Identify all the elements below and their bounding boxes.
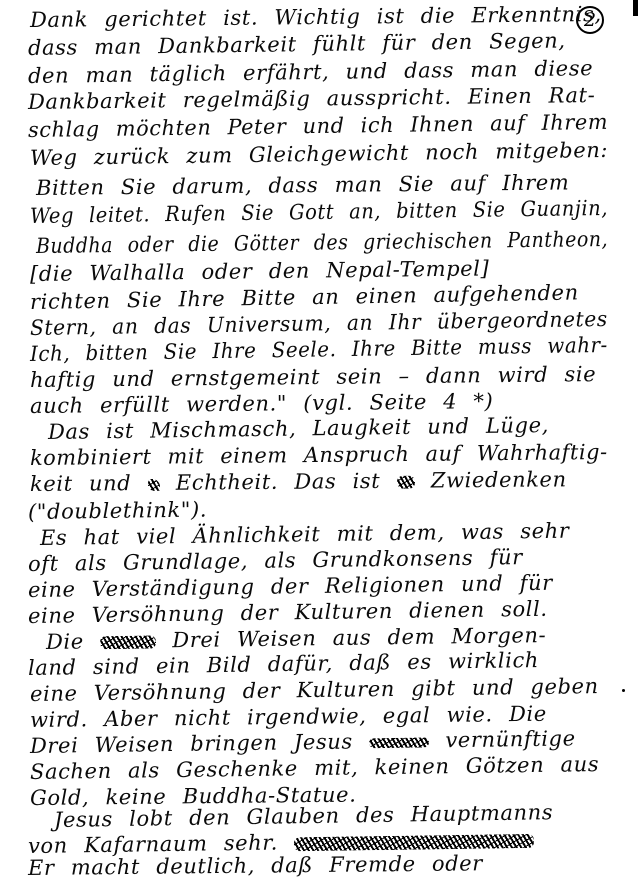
text-line: auch erfüllt werden." (vgl. Seite 4 *) bbox=[30, 389, 494, 418]
text-line: Bitten Sie darum, dass man Sie auf Ihrem bbox=[36, 170, 570, 200]
crossed-out-word bbox=[397, 476, 415, 489]
text-line: Sachen als Geschenke mit, keinen Götzen … bbox=[30, 752, 599, 784]
scan-edge-mark bbox=[633, 0, 638, 16]
text-line: Das ist Mischmasch, Laugkeit und Lüge, bbox=[48, 413, 549, 444]
crossed-out-word bbox=[369, 737, 429, 748]
text-line: Buddha oder die Götter des griechischen … bbox=[36, 227, 608, 258]
text-segment: keit und bbox=[30, 471, 131, 496]
crossed-out-mark bbox=[148, 478, 160, 490]
margin-dot bbox=[622, 689, 625, 692]
text-line: Weg leitet. Rufen Sie Gott an, bitten Si… bbox=[30, 196, 608, 228]
text-line: schlag möchten Peter und ich Ihnen auf I… bbox=[28, 110, 608, 142]
text-line: ("doublethink"). bbox=[28, 498, 207, 524]
text-line: kombiniert mit einem Anspruch auf Wahrha… bbox=[30, 440, 608, 470]
text-line: Dankbarkeit regelmäßig ausspricht. Einen… bbox=[28, 83, 596, 114]
text-segment: Echtheit. Das ist bbox=[176, 469, 381, 495]
text-line: Er macht deutlich, daß Fremde oder bbox=[28, 851, 483, 877]
text-segment: vernünftige bbox=[445, 726, 576, 752]
text-line: Weg zurück zum Gleichgewicht noch mitgeb… bbox=[30, 138, 608, 170]
text-line: Dank gerichtet ist. Wichtig ist die Erke… bbox=[30, 2, 602, 32]
crossed-out-passage bbox=[294, 833, 534, 850]
text-line: dass man Dankbarkeit fühlt für den Segen… bbox=[28, 28, 566, 60]
text-segment: Drei Weisen bringen Jesus bbox=[30, 729, 353, 758]
crossed-out-word bbox=[100, 635, 156, 649]
handwritten-letter-page: 2 Dank gerichtet ist. Wichtig ist die Er… bbox=[0, 0, 638, 877]
text-segment: Die bbox=[46, 629, 84, 654]
text-segment: Zwiedenken bbox=[431, 467, 567, 492]
text-line: keit und Echtheit. Das ist Zwiedenken bbox=[30, 467, 567, 496]
text-line: haftig und ernstgemeint sein – dann wird… bbox=[30, 362, 596, 392]
text-line: [die Walhalla oder den Nepal-Tempel] bbox=[30, 256, 490, 286]
